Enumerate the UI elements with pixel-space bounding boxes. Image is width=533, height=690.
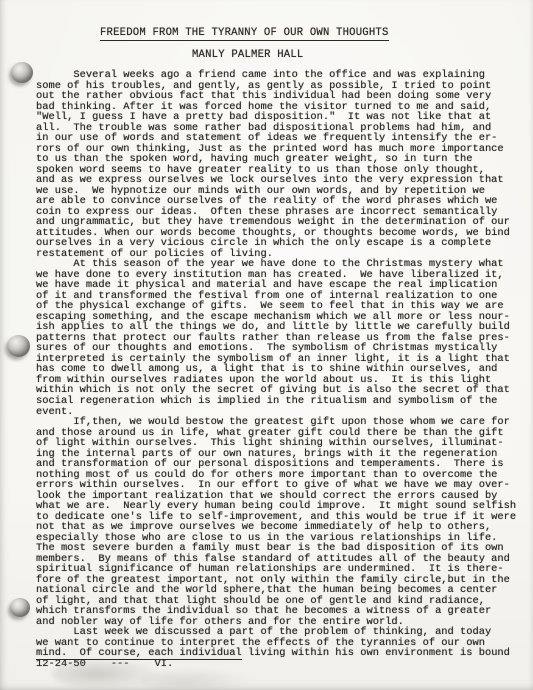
scanned-page: FREEDOM FROM THE TYRANNY OF OUR OWN THOU… [0, 0, 533, 690]
text-line: out the rather obvious fact that this in… [36, 91, 528, 102]
text-line: If,then, we would bestow the greatest gi… [36, 417, 528, 428]
document-author: MANLY PALMER HALL [192, 49, 303, 61]
text-line: social regeneration which is implied in … [36, 396, 528, 407]
brad-fastener-middle [7, 335, 30, 357]
document-body: Several weeks ago a friend came into the… [36, 70, 528, 669]
text-line: "Well, I guess I have a pretty bad dispo… [36, 112, 528, 123]
text-line: of light within ourselves. This light sh… [36, 438, 528, 449]
scan-smudge [140, 668, 250, 690]
document-title: FREEDOM FROM THE TYRANNY OF OUR OWN THOU… [100, 27, 389, 41]
brad-fastener-top [11, 62, 33, 83]
brad-fastener-bottom [10, 598, 30, 617]
text-line: Several weeks ago a friend came into the… [36, 70, 528, 81]
text-segment: living within his own environment is bou… [242, 647, 510, 659]
